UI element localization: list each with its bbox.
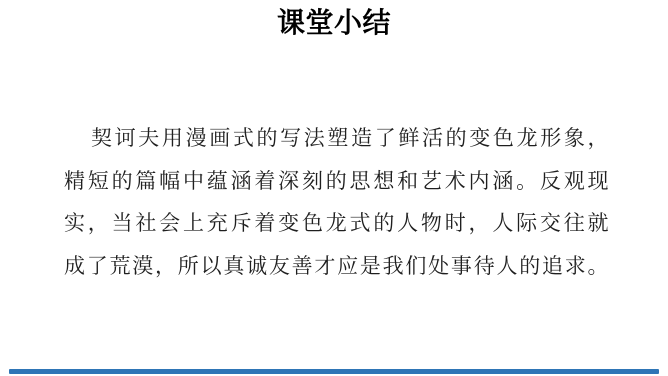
bottom-accent-bar	[9, 369, 659, 374]
paragraph-line-1: 契诃夫用漫画式的写法塑造了鲜活的变色龙形象，	[64, 118, 609, 161]
paragraph-line-4: 成了荒漠，所以真诚友善才应是我们处事待人的追求。	[64, 246, 609, 289]
summary-paragraph: 契诃夫用漫画式的写法塑造了鲜活的变色龙形象， 精短的篇幅中蕴涵着深刻的思想和艺术…	[64, 118, 609, 288]
paragraph-line-2: 精短的篇幅中蕴涵着深刻的思想和艺术内涵。反观现	[64, 161, 609, 204]
slide-title: 课堂小结	[0, 3, 668, 43]
paragraph-line-3: 实，当社会上充斥着变色龙式的人物时，人际交往就	[64, 203, 609, 246]
slide-canvas: 课堂小结 契诃夫用漫画式的写法塑造了鲜活的变色龙形象， 精短的篇幅中蕴涵着深刻的…	[0, 0, 668, 376]
